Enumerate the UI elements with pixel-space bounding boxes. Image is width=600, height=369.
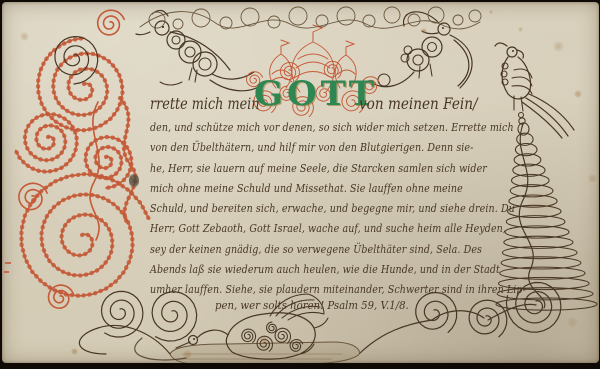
body-line: sey der keinen gnädig, die so verwegene … — [150, 240, 526, 260]
body-line: mich ohne meine Schuld und Missethat. Si… — [150, 179, 526, 199]
calligraphic-bird-right-icon — [374, 12, 472, 88]
body-line: den, und schütze mich vor denen, so sich… — [150, 118, 526, 138]
photographed-manuscript: rrette mich mein GOTT von meinen Fein/ d… — [0, 0, 600, 369]
body-line: Abends laß sie wiederum auch heulen, wie… — [150, 260, 526, 280]
closing-line-psalm-reference: pen, wer solts hören! Psalm 59, V.1/8. — [215, 299, 409, 312]
manuscript-page: rrette mich mein GOTT von meinen Fein/ d… — [2, 2, 599, 363]
margin-red-mark — [5, 262, 11, 264]
psalm-body-text: den, und schütze mich vor denen, so sich… — [150, 118, 577, 301]
heading-suffix: von meinen Fein/ — [359, 94, 478, 113]
loop-garland-flourish — [140, 12, 480, 29]
calligraphic-bird-left-icon — [136, 10, 260, 90]
body-line: he, Herr, sie lauern auf meine Seele, di… — [150, 159, 526, 179]
body-line: von den Übelthätern, und hilf mir von de… — [150, 138, 526, 158]
body-line: Herr, Gott Zebaoth, Gott Israel, wache a… — [150, 219, 526, 239]
body-line: Schuld, und bereiten sich, erwache, und … — [150, 199, 526, 219]
body-line: umher lauffen. Siehe, sie plaudern mitei… — [150, 280, 526, 300]
margin-red-mark — [4, 271, 9, 273]
heading-prefix: rrette mich mein — [150, 94, 260, 113]
